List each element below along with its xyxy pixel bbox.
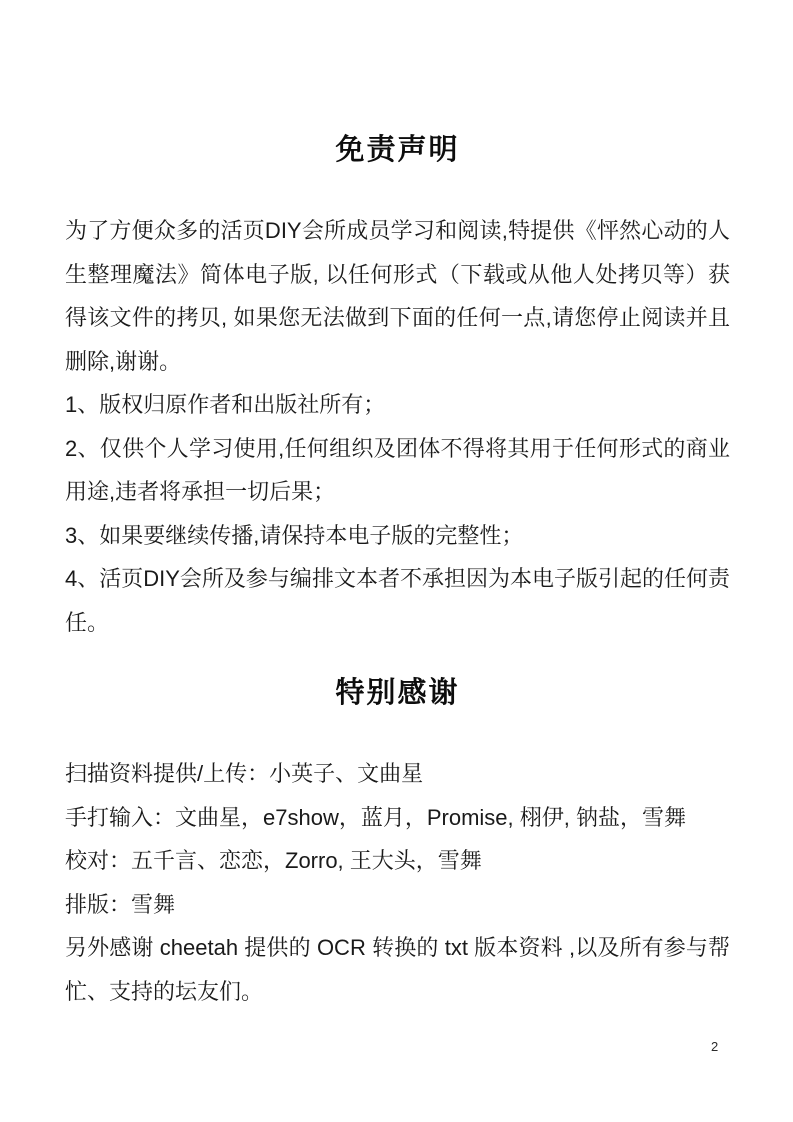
disclaimer-item-4: 4、活页DIY会所及参与编排文本者不承担因为本电子版引起的任何责任。 <box>65 557 730 644</box>
thanks-line-scan-upload: 扫描资料提供/上传：小英子、文曲星 <box>65 752 730 796</box>
disclaimer-title: 免责声明 <box>65 133 730 168</box>
disclaimer-intro-paragraph: 为了方便众多的活页DIY会所成员学习和阅读,特提供《怦然心动的人生整理魔法》简体… <box>65 209 730 383</box>
page-content: 免责声明 为了方便众多的活页DIY会所成员学习和阅读,特提供《怦然心动的人生整理… <box>0 0 793 1013</box>
document-page: 免责声明 为了方便众多的活页DIY会所成员学习和阅读,特提供《怦然心动的人生整理… <box>0 0 793 1122</box>
thanks-line-additional: 另外感谢 cheetah 提供的 OCR 转换的 txt 版本资料 ,以及所有参… <box>65 926 730 1013</box>
disclaimer-item-2: 2、仅供个人学习使用,任何组织及团体不得将其用于任何形式的商业用途,违者将承担一… <box>65 427 730 514</box>
page-number: 2 <box>711 1039 718 1055</box>
thanks-line-typing: 手打输入：文曲星，e7show，蓝月，Promise, 栩伊, 钠盐，雪舞 <box>65 796 730 840</box>
disclaimer-item-3: 3、如果要继续传播,请保持本电子版的完整性； <box>65 514 730 558</box>
thanks-line-proofreading: 校对：五千言、恋恋，Zorro, 王大头，雪舞 <box>65 839 730 883</box>
thanks-line-layout: 排版：雪舞 <box>65 883 730 927</box>
thanks-title: 特别感谢 <box>65 676 730 711</box>
disclaimer-item-1: 1、版权归原作者和出版社所有； <box>65 383 730 427</box>
